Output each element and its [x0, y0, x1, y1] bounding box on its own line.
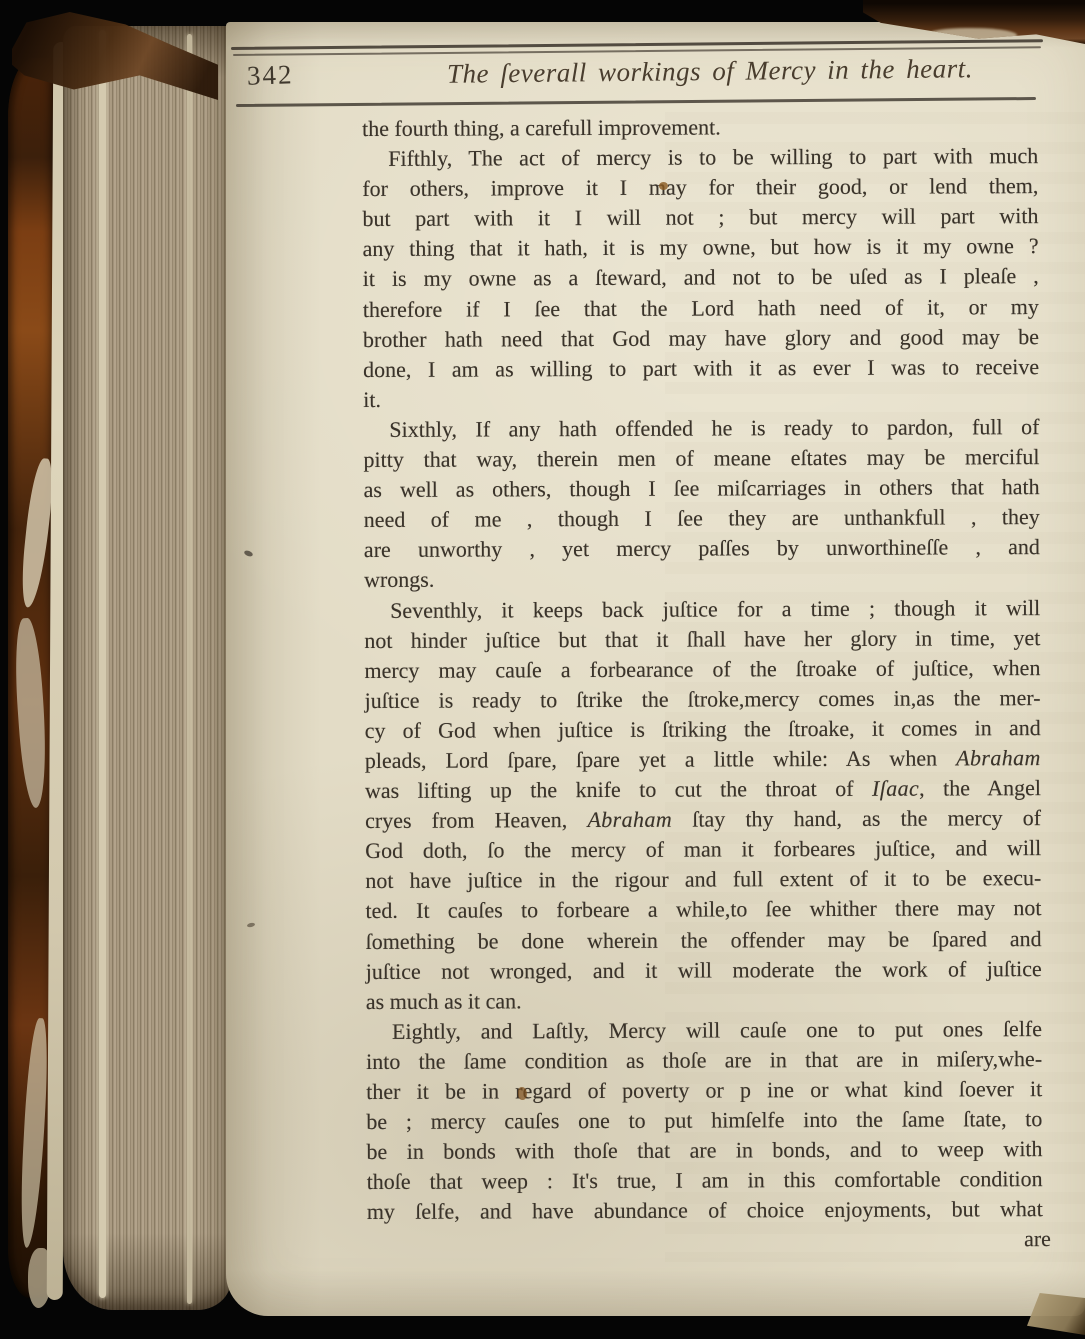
- text-line: thoſe that weep : It's true, I am in thi…: [367, 1164, 1043, 1197]
- text-line: Sixthly, If any hath offended he is read…: [363, 412, 1039, 445]
- page-text: the fourth thing, a carefull improvement…: [362, 111, 1043, 1258]
- text-line: it.: [363, 382, 1039, 415]
- catchword: are: [367, 1224, 1051, 1257]
- text-line: not hinder juſtice but that it ſhall hav…: [364, 623, 1040, 656]
- text-line: are unworthy , yet mercy paſſes by unwor…: [364, 532, 1040, 565]
- text-line: mercy may cauſe a forbearance of the ſtr…: [364, 653, 1040, 686]
- torn-paper-blob: [18, 1018, 50, 1249]
- text-line: God doth, ſo the mercy of man it forbear…: [365, 833, 1041, 866]
- text-line: as much as it can.: [366, 984, 1042, 1017]
- stain-spot: [518, 1087, 527, 1100]
- text-line: was lifting up the knife to cut the thro…: [365, 773, 1041, 806]
- text-line: pleads, Lord ſpare, ſpare yet a little w…: [365, 743, 1041, 776]
- text-line: cy of God when juſtice is ſtriking the ſ…: [365, 713, 1041, 746]
- text-line: therefore if I ſee that the Lord hath ne…: [363, 292, 1039, 325]
- text-line: Eightly, and Laſtly, Mercy will cauſe on…: [366, 1014, 1042, 1047]
- text-line: Seventhly, it keeps back juſtice for a t…: [364, 593, 1040, 626]
- text-line: the fourth thing, a carefull improvement…: [362, 111, 1038, 144]
- text-line: need of me , though I ſee they are untha…: [364, 502, 1040, 535]
- text-line: juſtice is ready to ſtrike the ſtroke,me…: [364, 683, 1040, 716]
- text-line: ther it be in regard of poverty or p ine…: [366, 1074, 1042, 1107]
- text-line: not have juſtice in the rigour and full …: [365, 863, 1041, 896]
- book-photo: 342 The ſeverall workings of Mercy in th…: [0, 0, 1085, 1339]
- text-line: for others, improve it I may for their g…: [362, 171, 1038, 204]
- fore-edge-separator: [187, 34, 192, 1304]
- text-line: any thing that it hath, it is my owne, b…: [363, 231, 1039, 264]
- fore-edge-separator: [99, 30, 106, 1298]
- torn-paper-blob: [11, 617, 50, 808]
- text-line: cryes from Heaven, Abraham ſtay thy hand…: [365, 803, 1041, 836]
- text-line: my ſelfe, and have abundance of choice e…: [367, 1194, 1043, 1227]
- text-line: brother hath need that God may have glor…: [363, 322, 1039, 355]
- text-line: pitty that way, therein men of meane eſt…: [363, 442, 1039, 475]
- stain-spot: [659, 182, 668, 190]
- text-line: done, I am as willing to part with it as…: [363, 352, 1039, 385]
- text-line: be in bonds with thoſe that are in bonds…: [366, 1134, 1042, 1167]
- text-line: as well as others, though I ſee miſcarri…: [364, 472, 1040, 505]
- page-number: 342: [246, 59, 294, 92]
- text-line: juſtice not wronged, and it will moderat…: [366, 954, 1042, 987]
- page-fore-edge: [63, 26, 231, 1310]
- text-line: it is my owne as a ſteward, and not to b…: [363, 262, 1039, 295]
- text-line: ted. It cauſes to forbeare a while,to ſe…: [365, 893, 1041, 926]
- text-line: ſomething be done wherein the offender m…: [366, 924, 1042, 957]
- text-line: into the ſame condition as thoſe are in …: [366, 1044, 1042, 1077]
- running-title: The ſeverall workings of Mercy in the he…: [400, 53, 1020, 90]
- text-line: be ; mercy cauſes one to put himſelfe in…: [366, 1104, 1042, 1137]
- text-line: wrongs.: [364, 562, 1040, 595]
- text-line: but part with it I will not ; but mercy …: [362, 201, 1038, 234]
- text-line: Fifthly, The act of mercy is to be willi…: [362, 141, 1038, 174]
